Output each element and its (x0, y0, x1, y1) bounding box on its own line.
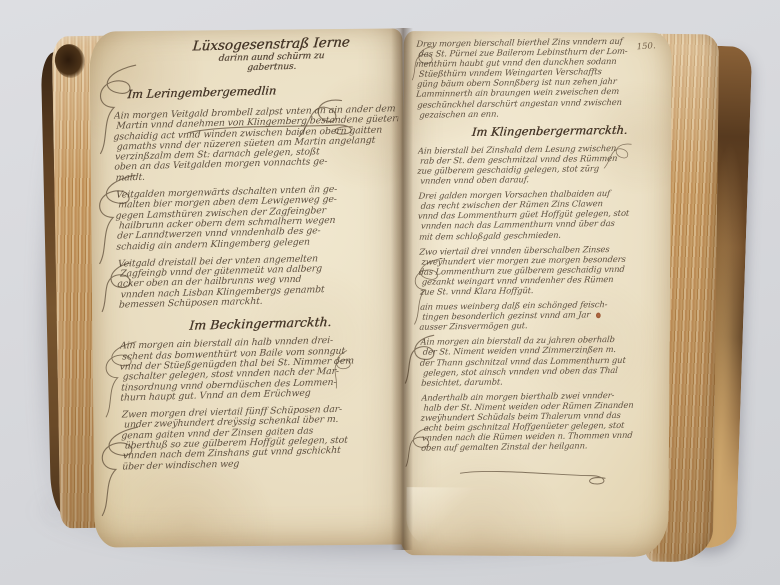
gutter-shadow (391, 28, 413, 550)
manuscript-left-page: Lüxsogesenstraß Ierne darinn aund schürm… (89, 28, 407, 547)
left-section-heading: Im Beckingermarckth. (170, 314, 351, 334)
right-page-text: Drey morgen bierschall bierthel Zins vnn… (416, 35, 663, 458)
paragraph: Ain morgen ain bierstall ain halb vnnden… (120, 335, 404, 404)
text-line: zue St. vnnd Klara Hoffgüt. (420, 283, 662, 296)
underline-swash (458, 460, 609, 489)
paragraph: Ain morgen ain bierstall da zu jahren ob… (421, 334, 663, 388)
paragraph: Veitgalden morgenwärts dschalten vnten ä… (116, 183, 400, 252)
paragraph: Veitgald dreistall bei der vnten angemel… (118, 252, 401, 311)
paragraph: ain mues weinberg dalß ein schönged feis… (420, 298, 661, 332)
photo-scene: Lüxsogesenstraß Ierne darinn aund schürm… (0, 0, 780, 585)
paragraph: Drei galden morgen Vorsachen thalbaiden … (419, 187, 661, 241)
ink-blot (596, 312, 601, 318)
paragraph: Ain morgen Veitgald brombell zalpst vnte… (114, 104, 398, 183)
folio-number: 150. (636, 41, 656, 52)
manuscript-right-page: 150. Drey morgen bierschall bierthel Zin… (400, 31, 672, 557)
text-line: ausser Zinsvermögen gut. (419, 319, 661, 332)
left-page-text: Lüxsogesenstraß Ierne darinn aund schürm… (112, 34, 405, 479)
text-line: oben auf gemalten Zinstal der heilgann. (421, 440, 663, 453)
right-section-heading: Im Klingenbergermarckth. (461, 122, 638, 138)
paragraph: Drey morgen bierschall bierthel Zins vnn… (416, 35, 658, 119)
paragraph: Zwo viertail drei vnnden überschalben Zi… (419, 243, 661, 297)
left-page-subheading: Im Leringembergemedlin (127, 82, 358, 101)
paragraph: Anderthalb ain morgen bierthalb zwei vnn… (421, 389, 663, 453)
paragraph: Zwen morgen drei viertail fünff Schüpose… (122, 403, 406, 472)
paragraph: Ain bierstall bei Zinshald dem Lesung zw… (418, 142, 660, 186)
text-line: vnnden vnnd oben darauf. (420, 172, 662, 185)
